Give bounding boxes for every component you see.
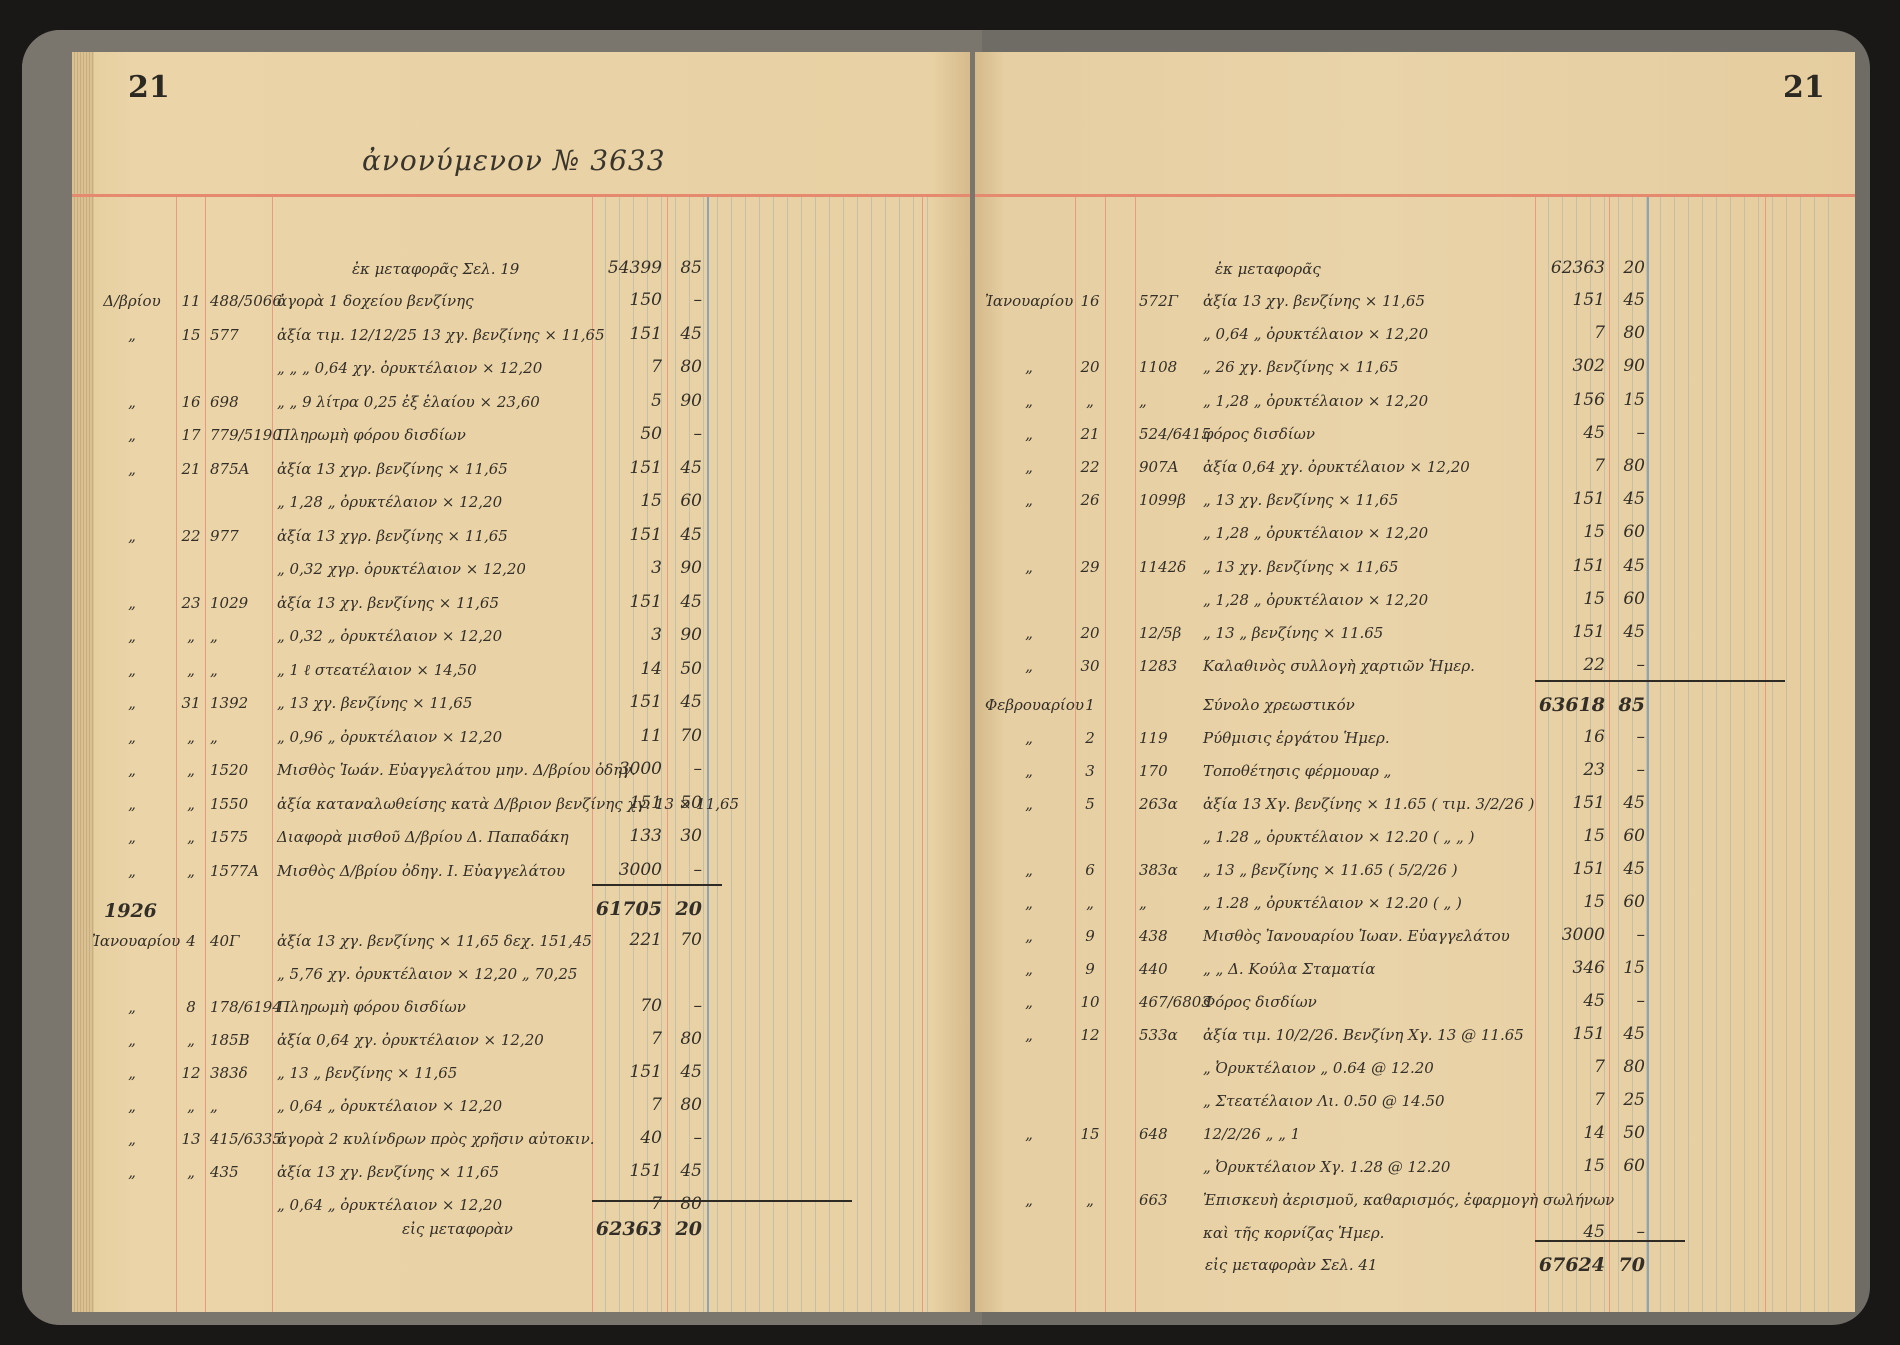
entry-day: 21 (1077, 425, 1103, 443)
entry-amt-1: 45 (672, 1062, 702, 1082)
ledger-row: „17779/5190Πληρωμὴ φόρου δισδίων50– (72, 418, 970, 454)
entry-desc: „ 0,64 „ ὀρυκτέλαιον × 12,20 (1203, 325, 1428, 343)
entry-month: „ (985, 392, 1073, 410)
entry-ref: 572Γ (1139, 292, 1199, 310)
ledger-row: „ Ὀρυκτέλαιον Χγ. 1.28 @ 12.201560 (975, 1150, 1855, 1186)
entry-month: „ (92, 426, 172, 444)
entry-desc: „ „ „ 0,64 χγ. ὀρυκτέλαιον × 12,20 (277, 359, 542, 377)
entry-amt-0: 45 (1535, 1222, 1605, 1242)
entry-month: „ (92, 828, 172, 846)
total-row: εἰς μεταφορὰν Σελ. 41 67624 70 (975, 1248, 1855, 1284)
ledger-row: „„„„ 0,96 „ ὀρυκτέλαιον × 12,201170 (72, 720, 970, 756)
entry-amt-0: 151 (1535, 1024, 1605, 1044)
ledger-row: „12533αἀξία τιμ. 10/2/26. Βενζίνη Χγ. 13… (975, 1018, 1855, 1054)
entry-amt-0: 15 (1535, 1156, 1605, 1176)
entry-desc: ἀξία 13 χγ. βενζίνης × 11,65 (277, 594, 499, 612)
entry-desc: 12/2/26 „ „ 1 (1203, 1125, 1300, 1143)
entry-amt-0: 150 (592, 290, 662, 310)
entry-amt-0: 151 (592, 692, 662, 712)
ledger-row: „1564812/2/26 „ „ 11450 (975, 1117, 1855, 1153)
entry-ref: 383δ (210, 1064, 270, 1082)
entry-day: 16 (1077, 292, 1103, 310)
entry-desc: „ 13 „ βενζίνης × 11.65 ( 5/2/26 ) (1203, 861, 1458, 879)
entry-amt-1: 45 (672, 324, 702, 344)
entry-desc: ἀξία 13 χγ. βενζίνης × 11,65 (277, 1163, 499, 1181)
right-page-number: 21 (1783, 70, 1825, 105)
entry-month: Φεβρουαρίου (985, 696, 1073, 714)
entry-month: „ (985, 458, 1073, 476)
entry-desc: ἀξία 0,64 χγ. ὀρυκτέλαιον × 12,20 (1203, 458, 1470, 476)
entry-amt-1: – (672, 1128, 702, 1148)
entry-ref: 779/5190 (210, 426, 270, 444)
entry-desc: „ 1,28 „ ὀρυκτέλαιον × 12,20 (1203, 591, 1428, 609)
entry-ref: 467/6803 (1139, 993, 1199, 1011)
entry-amt-1: 45 (1615, 859, 1645, 879)
entry-amt-1: 45 (1615, 489, 1645, 509)
ledger-row: „201108„ 26 χγ. βενζίνης × 11,6530290 (975, 350, 1855, 386)
entry-day: „ (178, 661, 204, 679)
entry-ref: 977 (210, 527, 270, 545)
entry-desc: Πληρωμὴ φόρου δισδίων (277, 998, 466, 1016)
entry-day: 30 (1077, 657, 1103, 675)
entry-desc: ἀξία καταναλωθείσης κατὰ Δ/βριον βενζίνη… (277, 795, 739, 813)
ledger-row: „12383δ„ 13 „ βενζίνης × 11,6515145 (72, 1056, 970, 1092)
entry-desc: ἀξία 13 χγρ. βενζίνης × 11,65 (277, 527, 508, 545)
entry-day: 5 (1077, 795, 1103, 813)
ledger-row: Φεβρουαρίου1Σύνολο χρεωστικόν (975, 688, 1855, 724)
entry-amt-1: 80 (1615, 456, 1645, 476)
entry-month: „ (92, 694, 172, 712)
entry-month: „ (985, 491, 1073, 509)
entry-ref: 415/6335 (210, 1130, 270, 1148)
entry-amt-1: 80 (1615, 1057, 1645, 1077)
ledger-row: „ 0,32 χγρ. ὀρυκτέλαιον × 12,20390 (72, 552, 970, 588)
entry-amt-1: 30 (672, 826, 702, 846)
entry-amt-0: 23 (1535, 760, 1605, 780)
entry-desc: Διαφορὰ μισθοῦ Δ/βρίου Δ. Παπαδάκη (277, 828, 569, 846)
entry-ref: 178/6194 (210, 998, 270, 1016)
entry-desc: „ 13 χγ. βενζίνης × 11,65 (277, 694, 472, 712)
entry-amt-1: 45 (672, 1161, 702, 1181)
ledger-row: Δ/βρίου11488/5066ἀγορὰ 1 δοχείου βενζίνη… (72, 284, 970, 320)
entry-amt-0: 14 (592, 659, 662, 679)
entry-amt-0: 15 (1535, 522, 1605, 542)
ledger-row: „3170Τοποθέτησις φέρμουαρ „23– (975, 754, 1855, 790)
total-rule (1535, 1240, 1685, 1242)
entry-amt-0: 70 (592, 996, 662, 1016)
entry-amt-1: 45 (1615, 622, 1645, 642)
entry-ref: 1029 (210, 594, 270, 612)
carry-over-row: εἰς μεταφορὰν 62363 20 (72, 1212, 970, 1248)
entry-amt-1: 60 (672, 491, 702, 511)
entry-desc: „ 0,96 „ ὀρυκτέλαιον × 12,20 (277, 728, 502, 746)
entry-day: 22 (1077, 458, 1103, 476)
entry-amt-1: 60 (1615, 589, 1645, 609)
entry-desc: „ 13 χγ. βενζίνης × 11,65 (1203, 491, 1398, 509)
entry-desc: Μισθὸς Δ/βρίου ὀδηγ. Ι. Εὐαγγελάτου (277, 862, 565, 880)
entry-amt-0: 15 (592, 491, 662, 511)
entry-desc: „ „ 9 λίτρα 0,25 ἐξ ἐλαίου × 23,60 (277, 393, 540, 411)
entry-amt-0: 7 (1535, 1057, 1605, 1077)
entry-ref: 875Α (210, 460, 270, 478)
entry-ref: 119 (1139, 729, 1199, 747)
entry-desc: ἀξία 13 χγ. βενζίνης × 11,65 (1203, 292, 1425, 310)
ledger-row: „291142δ„ 13 χγ. βενζίνης × 11,6515145 (975, 550, 1855, 586)
entry-month: „ (985, 358, 1073, 376)
entry-desc: „ 1 ℓ στεατέλαιον × 14,50 (277, 661, 477, 680)
entry-amt-1: 45 (1615, 556, 1645, 576)
entry-day: 16 (178, 393, 204, 411)
ledger-row: Ἰανουαρίου440Γἀξία 13 χγ. βενζίνης × 11,… (72, 924, 970, 960)
entry-desc: Σύνολο χρεωστικόν (1203, 696, 1355, 714)
entry-amt-1: 50 (672, 659, 702, 679)
ledger-row: „ Ὀρυκτέλαιον „ 0.64 @ 12.20780 (975, 1051, 1855, 1087)
entry-amt-1: 70 (672, 930, 702, 950)
entry-amt-1: – (1615, 991, 1645, 1011)
entry-amt-1: 45 (1615, 1024, 1645, 1044)
entry-amt-0: 7 (592, 357, 662, 377)
entry-desc: Καλαθινὸς συλλογὴ χαρτιῶν Ἡμερ. (1203, 657, 1475, 675)
ledger-row: „22907Αἀξία 0,64 χγ. ὀρυκτέλαιον × 12,20… (975, 450, 1855, 486)
entry-month: „ (985, 894, 1073, 912)
entry-desc: Φόρος δισδίων (1203, 993, 1317, 1011)
entry-ref: „ (1139, 392, 1199, 410)
entry-month: „ (92, 393, 172, 411)
entry-amt-0: 3 (592, 625, 662, 645)
entry-day: 23 (178, 594, 204, 612)
ledger-row: „„„„ 0,32 „ ὀρυκτέλαιον × 12,20390 (72, 619, 970, 655)
entry-ref: 1520 (210, 761, 270, 779)
entry-day: 1 (1077, 696, 1103, 714)
entry-month: „ (92, 761, 172, 779)
entry-amt-0: 151 (592, 525, 662, 545)
entry-desc: Τοποθέτησις φέρμουαρ „ (1203, 762, 1391, 780)
entry-amt-1: 60 (1615, 1156, 1645, 1176)
entry-amt-1: 50 (672, 793, 702, 813)
entry-month: „ (92, 998, 172, 1016)
entry-ref: „ (210, 728, 270, 746)
entry-month: „ (985, 993, 1073, 1011)
entry-desc: ἀγορὰ 2 κυλίνδρων πρὸς χρῆσιν αὐτοκιν. (277, 1130, 595, 1148)
entry-amt-1: – (1615, 925, 1645, 945)
entry-day: 17 (178, 426, 204, 444)
entry-amt-1: 60 (1615, 826, 1645, 846)
entry-amt-1: 80 (672, 1194, 702, 1214)
entry-ref: 488/5066 (210, 292, 270, 310)
entry-day: 6 (1077, 861, 1103, 879)
entry-desc: Μισθὸς Ἰανουαρίου Ἰωαν. Εὐαγγελάτου (1203, 927, 1510, 945)
left-page-number: 21 (128, 70, 170, 105)
entry-ref: 1577Α (210, 862, 270, 880)
entry-amt-1: – (1615, 655, 1645, 675)
ledger-row: „231029ἀξία 13 χγ. βενζίνης × 11,6515145 (72, 586, 970, 622)
entry-month: „ (92, 527, 172, 545)
entry-amt-0: 7 (592, 1194, 662, 1214)
entry-amt-0: 346 (1535, 958, 1605, 978)
subtotal-rule (592, 884, 722, 886)
entry-amt-1: 45 (672, 458, 702, 478)
ledger-row: „ 1,28 „ ὀρυκτέλαιον × 12,201560 (975, 516, 1855, 552)
entry-desc: „ 1.28 „ ὀρυκτέλαιον × 12.20 ( „ ) (1203, 894, 1462, 912)
entry-amt-0: 15 (1535, 826, 1605, 846)
entry-amt-0: 151 (592, 1062, 662, 1082)
entry-amt-1: 90 (672, 625, 702, 645)
carry-over-rule (592, 1200, 852, 1202)
entry-ref: 663 (1139, 1191, 1199, 1209)
entry-month: „ (92, 728, 172, 746)
entry-ref: „ (210, 661, 270, 679)
entry-amt-0: 14 (1535, 1123, 1605, 1143)
ledger-row: „9440„ „ Δ. Κούλα Σταματία34615 (975, 952, 1855, 988)
subtotal-rule (1535, 680, 1785, 682)
entry-month: „ (985, 624, 1073, 642)
entry-day: 22 (178, 527, 204, 545)
entry-day: 29 (1077, 558, 1103, 576)
entry-ref: 438 (1139, 927, 1199, 945)
entry-ref: 1575 (210, 828, 270, 846)
ledger-row: „„1577ΑΜισθὸς Δ/βρίου ὀδηγ. Ι. Εὐαγγελάτ… (72, 854, 970, 890)
entry-amt-0: 151 (1535, 859, 1605, 879)
entry-desc: „ „ Δ. Κούλα Σταματία (1203, 960, 1375, 978)
entry-month: „ (985, 558, 1073, 576)
entry-day: „ (178, 728, 204, 746)
entry-month: „ (92, 1064, 172, 1082)
entry-month: „ (92, 460, 172, 478)
entry-amt-1: 80 (1615, 323, 1645, 343)
ledger-row: „„1550ἀξία καταναλωθείσης κατὰ Δ/βριον β… (72, 787, 970, 823)
entry-amt-1: 70 (672, 726, 702, 746)
entry-amt-0: 5 (592, 391, 662, 411)
ledger-row: „ 5,76 χγ. ὀρυκτέλαιον × 12,20 „ 70,25 (72, 957, 970, 993)
entry-ref: 533α (1139, 1026, 1199, 1044)
entry-ref: 1550 (210, 795, 270, 813)
entry-desc: ἀξία 0,64 χγ. ὀρυκτέλαιον × 12,20 (277, 1031, 544, 1049)
entry-desc: καὶ τῆς κορνίζας Ἡμερ. (1203, 1224, 1384, 1242)
entry-day: „ (1077, 1191, 1103, 1209)
entry-ref: 435 (210, 1163, 270, 1181)
entry-day: 13 (178, 1130, 204, 1148)
entry-amt-0: 156 (1535, 390, 1605, 410)
entry-amt-0: 3000 (592, 860, 662, 880)
ledger-row: „ 1.28 „ ὀρυκτέλαιον × 12.20 ( „ „ )1560 (975, 820, 1855, 856)
entry-amt-0: 15 (1535, 589, 1605, 609)
entry-amt-1: 45 (672, 525, 702, 545)
ledger-row: „16698„ „ 9 λίτρα 0,25 ἐξ ἐλαίου × 23,60… (72, 385, 970, 421)
entry-amt-0: 16 (1535, 727, 1605, 747)
entry-amt-0: 7 (592, 1095, 662, 1115)
entry-ref: 1108 (1139, 358, 1199, 376)
entry-amt-1: – (1615, 423, 1645, 443)
entry-amt-0: 151 (592, 458, 662, 478)
entry-desc: „ 0,32 „ ὀρυκτέλαιον × 12,20 (277, 627, 502, 645)
ledger-row: „21875Αἀξία 13 χγρ. βενζίνης × 11,651514… (72, 452, 970, 488)
entry-amt-1: – (672, 424, 702, 444)
entry-month: Ἰανουαρίου (92, 932, 172, 950)
entry-ref: 698 (210, 393, 270, 411)
entry-day: 9 (1077, 960, 1103, 978)
entry-month: „ (985, 960, 1073, 978)
account-title: ἀνονύμενον № 3633 (362, 144, 666, 177)
entry-amt-0: 221 (592, 930, 662, 950)
entry-month: „ (92, 661, 172, 679)
entry-day: „ (178, 795, 204, 813)
entry-amt-1: 90 (672, 391, 702, 411)
entry-day: 2 (1077, 729, 1103, 747)
entry-month: „ (92, 627, 172, 645)
entry-day: 10 (1077, 993, 1103, 1011)
ledger-row: „„663Ἐπισκευὴ ἀερισμοῦ, καθαρισμός, ἐφαρ… (975, 1183, 1855, 1219)
entry-amt-0: 151 (592, 324, 662, 344)
entry-month: „ (985, 762, 1073, 780)
entry-month: „ (985, 1125, 1073, 1143)
entry-day: 26 (1077, 491, 1103, 509)
entry-day: 12 (178, 1064, 204, 1082)
entry-month: „ (92, 326, 172, 344)
entry-amt-0: 22 (1535, 655, 1605, 675)
entry-day: „ (178, 828, 204, 846)
entry-amt-1: – (672, 996, 702, 1016)
entry-amt-1: – (1615, 1222, 1645, 1242)
ledger-row: „22977ἀξία 13 χγρ. βενζίνης × 11,6515145 (72, 519, 970, 555)
entry-month: Ἰανουαρίου (985, 292, 1073, 310)
entry-amt-0: 7 (1535, 1090, 1605, 1110)
entry-month: „ (985, 795, 1073, 813)
entry-ref: 383α (1139, 861, 1199, 879)
entry-month: „ (92, 1097, 172, 1115)
ledger-row: „10467/6803Φόρος δισδίων45– (975, 985, 1855, 1021)
entry-amt-1: 60 (1615, 522, 1645, 542)
entry-amt-0: 3000 (1535, 925, 1605, 945)
entry-amt-0: 7 (1535, 456, 1605, 476)
entry-ref: „ (210, 1097, 270, 1115)
entry-desc: Ρύθμισις ἐργάτου Ἡμερ. (1203, 729, 1390, 747)
ledger-row: „15577ἀξία τιμ. 12/12/25 13 χγ. βενζίνης… (72, 318, 970, 354)
entry-amt-1: 45 (1615, 793, 1645, 813)
entry-desc: ἀξία 13 Χγ. βενζίνης × 11.65 ( τιμ. 3/2/… (1203, 795, 1534, 813)
ledger-row: „6383α„ 13 „ βενζίνης × 11.65 ( 5/2/26 )… (975, 853, 1855, 889)
entry-day: 9 (1077, 927, 1103, 945)
entry-month: „ (985, 927, 1073, 945)
entry-ref: „ (1139, 894, 1199, 912)
entry-month: „ (92, 1163, 172, 1181)
entry-amt-1: 60 (1615, 892, 1645, 912)
entry-amt-1: 80 (672, 1095, 702, 1115)
entry-amt-0: 151 (1535, 622, 1605, 642)
entry-desc: ἀξία τιμ. 12/12/25 13 χγ. βενζίνης × 11,… (277, 326, 605, 344)
ledger-row: „„„„ 1.28 „ ὀρυκτέλαιον × 12.20 ( „ )156… (975, 886, 1855, 922)
entry-amt-1: – (672, 759, 702, 779)
carried-forward-row: ἐκ μεταφορᾶς 62363 20 (975, 252, 1855, 288)
entry-day: „ (178, 1097, 204, 1115)
entry-day: 15 (1077, 1125, 1103, 1143)
entry-amt-1: 80 (672, 357, 702, 377)
ledger-row: „2119Ρύθμισις ἐργάτου Ἡμερ.16– (975, 721, 1855, 757)
entry-month: „ (985, 425, 1073, 443)
entry-day: „ (1077, 894, 1103, 912)
entry-ref: 1392 (210, 694, 270, 712)
ledger-row: „„1520Μισθὸς Ἰωάν. Εὐαγγελάτου μην. Δ/βρ… (72, 753, 970, 789)
entry-amt-0: 151 (592, 592, 662, 612)
entry-day: 31 (178, 694, 204, 712)
entry-month: „ (92, 1031, 172, 1049)
ledger-row: „„„„ 0,64 „ ὀρυκτέλαιον × 12,20780 (72, 1089, 970, 1125)
entry-day: „ (178, 1031, 204, 1049)
ledger-row: „ 1,28 „ ὀρυκτέλαιον × 12,201560 (72, 485, 970, 521)
ledger-row: „261099β„ 13 χγ. βενζίνης × 11,6515145 (975, 483, 1855, 519)
entry-month: „ (985, 657, 1073, 675)
entry-ref: 1283 (1139, 657, 1199, 675)
entry-ref: 1142δ (1139, 558, 1199, 576)
entry-day: 12 (1077, 1026, 1103, 1044)
entry-ref: 1099β (1139, 491, 1199, 509)
entry-month: „ (985, 1026, 1073, 1044)
entry-amt-0: 40 (592, 1128, 662, 1148)
right-page: 21 ἐκ μεταφορᾶς 62363 20 Ἰανουαρίου16572… (975, 52, 1855, 1312)
entry-ref: 648 (1139, 1125, 1199, 1143)
entry-amt-1: – (672, 860, 702, 880)
entry-ref: 40Γ (210, 932, 270, 950)
entry-ref: 263α (1139, 795, 1199, 813)
entry-amt-1: 45 (672, 592, 702, 612)
entry-desc: „ 0,64 „ ὀρυκτέλαιον × 12,20 (277, 1097, 502, 1115)
ledger-row: „ Στεατέλαιον Λι. 0.50 @ 14.50725 (975, 1084, 1855, 1120)
entry-ref: 577 (210, 326, 270, 344)
ledger-row: „9438Μισθὸς Ἰανουαρίου Ἰωαν. Εὐαγγελάτου… (975, 919, 1855, 955)
entry-amt-0: 151 (1535, 489, 1605, 509)
entry-desc: „ 1,28 „ ὀρυκτέλαιον × 12,20 (1203, 524, 1428, 542)
entry-amt-1: 15 (1615, 390, 1645, 410)
entry-month: „ (92, 1130, 172, 1148)
ledger-row: „„435ἀξία 13 χγ. βενζίνης × 11,6515145 (72, 1155, 970, 1191)
entry-month: „ (92, 795, 172, 813)
entry-desc: „ Ὀρυκτέλαιον Χγ. 1.28 @ 12.20 (1203, 1158, 1450, 1176)
entry-desc: Μισθὸς Ἰωάν. Εὐαγγελάτου μην. Δ/βρίου ὀδ… (277, 761, 636, 779)
entry-desc: φόρος δισδίων (1203, 425, 1315, 443)
entry-month: Δ/βρίου (92, 292, 172, 310)
ledger-row: „„185Βἀξία 0,64 χγ. ὀρυκτέλαιον × 12,207… (72, 1023, 970, 1059)
entry-ref: 524/6415 (1139, 425, 1199, 443)
ledger-row: „„„„ 1,28 „ ὀρυκτέλαιον × 12,2015615 (975, 384, 1855, 420)
entry-month: „ (92, 594, 172, 612)
entry-desc: „ 26 χγ. βενζίνης × 11,65 (1203, 358, 1398, 376)
entry-desc: „ Στεατέλαιον Λι. 0.50 @ 14.50 (1203, 1092, 1445, 1110)
subtotal-row: 1926 61705 20 (72, 892, 970, 928)
entry-month: „ (92, 862, 172, 880)
entry-ref: 440 (1139, 960, 1199, 978)
entry-desc: „ 5,76 χγ. ὀρυκτέλαιον × 12,20 „ 70,25 (277, 965, 577, 983)
entry-desc: „ 0,32 χγρ. ὀρυκτέλαιον × 12,20 (277, 560, 526, 578)
entry-day: 20 (1077, 358, 1103, 376)
entry-amt-1: – (672, 290, 702, 310)
entry-day: „ (178, 627, 204, 645)
entry-ref: „ (210, 627, 270, 645)
entry-day: 21 (178, 460, 204, 478)
ledger-row: „8178/6194Πληρωμὴ φόρου δισδίων70– (72, 990, 970, 1026)
entry-amt-0: 45 (1535, 423, 1605, 443)
entry-amt-0: 151 (1535, 556, 1605, 576)
entry-amt-0: 15 (1535, 892, 1605, 912)
entry-day: „ (178, 1163, 204, 1181)
entry-desc: ἀγορὰ 1 δοχείου βενζίνης (277, 292, 474, 310)
ledger-row: „„„„ 1 ℓ στεατέλαιον × 14,501450 (72, 653, 970, 689)
entry-amt-1: 15 (1615, 958, 1645, 978)
entry-amt-0: 11 (592, 726, 662, 746)
entry-day: „ (1077, 392, 1103, 410)
entry-ref: 170 (1139, 762, 1199, 780)
entry-amt-0: 3000 (592, 759, 662, 779)
entry-ref: 907Α (1139, 458, 1199, 476)
ledger-row: „ 1,28 „ ὀρυκτέλαιον × 12,201560 (975, 583, 1855, 619)
